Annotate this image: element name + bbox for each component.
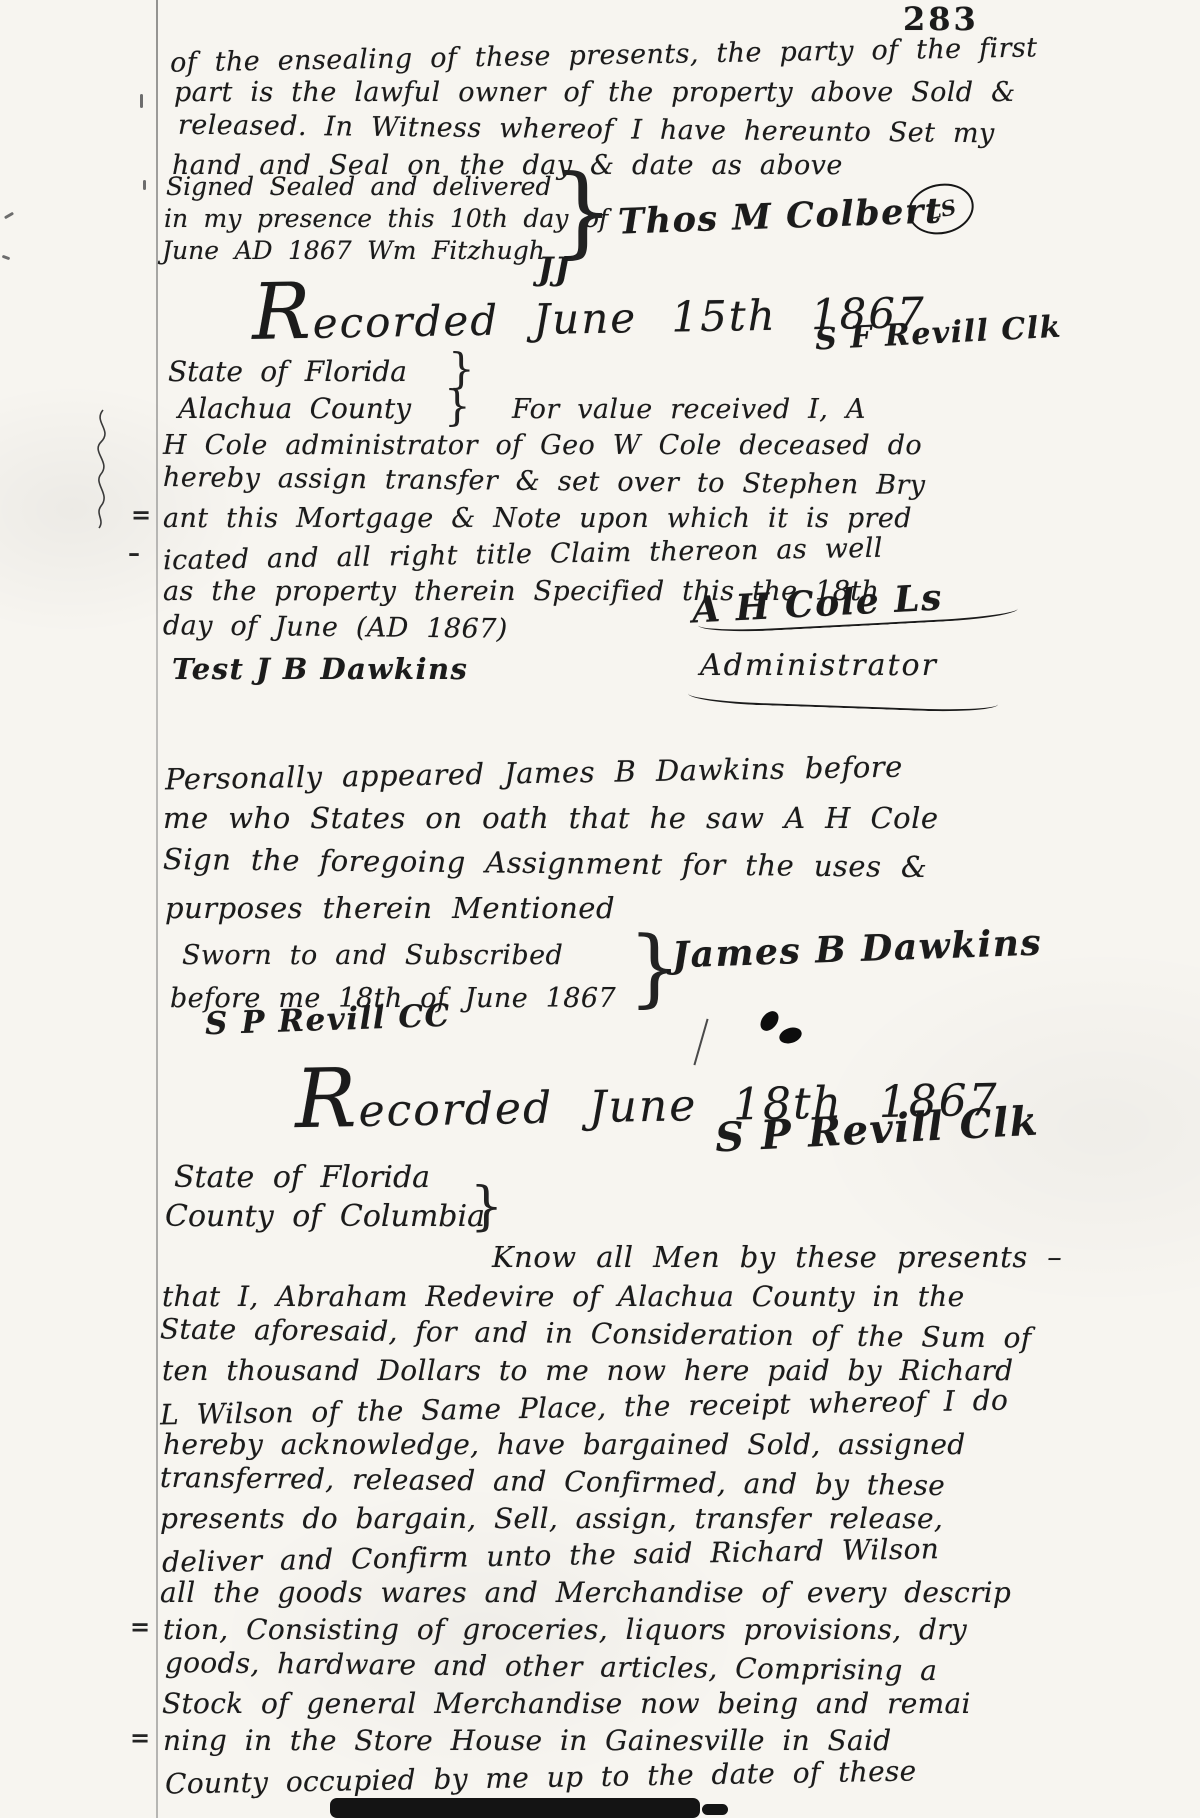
deed-line: Stock of general Merchandise now being a… — [162, 1687, 971, 1720]
margin-squiggle-icon — [88, 408, 116, 530]
margin-mark: = — [130, 1723, 150, 1752]
page-speck — [4, 212, 14, 220]
scanned-deed-record-page: 283 of the ensealing of these presents, … — [0, 0, 1200, 1818]
deed-line: hereby acknowledge, have bargained Sold,… — [163, 1428, 965, 1461]
county-heading: Alachua County — [178, 392, 411, 425]
page-number: 283 — [903, 0, 979, 38]
heading-brace: } — [444, 387, 471, 425]
deed-opening: Know all Men by these presents – — [492, 1240, 1062, 1274]
attestation-line: in my presence this 10th day of — [164, 204, 608, 233]
deed-line: tion, Consisting of groceries, liquors p… — [163, 1613, 967, 1646]
assignment-line: day of June (AD 1867) — [163, 610, 508, 645]
assignment-line: ant this Mortgage & Note upon which it i… — [163, 503, 912, 534]
deed-line: County occupied by me up to the date of … — [165, 1754, 917, 1800]
page-speck — [2, 255, 11, 261]
deed-line: transferred, released and Confirmed, and… — [160, 1461, 945, 1502]
heading-brace: } — [470, 1184, 503, 1231]
deed-line: State aforesaid, for and in Consideratio… — [160, 1312, 1032, 1354]
clerk-signature-cc: S P Revill CC — [204, 998, 451, 1043]
deed-state-heading: State of Florida — [174, 1160, 430, 1195]
continuation-line: of the ensealing of these presents, the … — [170, 32, 1038, 78]
continuation-line: released. In Witness whereof I have here… — [178, 110, 995, 150]
attestation-line: June AD 1867 Wm Fitzhugh — [162, 236, 545, 265]
bottom-smudge — [330, 1798, 700, 1818]
deed-line: deliver and Confirm unto the said Richar… — [162, 1532, 940, 1579]
ink-blot — [757, 1008, 782, 1035]
jurat-line: Personally appeared James B Dawkins befo… — [165, 750, 903, 797]
signature-underline-swash — [688, 685, 998, 714]
assignment-line: icated and all right title Claim thereon… — [163, 533, 883, 577]
state-heading: State of Florida — [168, 355, 407, 388]
bottom-smudge — [702, 1804, 728, 1815]
continuation-line: part is the lawful owner of the property… — [174, 77, 1016, 108]
deed-line: that I, Abraham Redevire of Alachua Coun… — [162, 1280, 964, 1313]
deed-line: goods, hardware and other articles, Comp… — [165, 1646, 938, 1687]
assignment-line: hereby assign transfer & set over to Ste… — [163, 462, 926, 501]
deed-line: all the goods wares and Merchandise of e… — [160, 1576, 1011, 1609]
page-speck — [140, 94, 143, 108]
signature-thos-m-colbert: Thos M Colbert — [617, 190, 943, 242]
attestation-line: Signed Sealed and delivered — [166, 172, 551, 201]
assignment-line: H Cole administrator of Geo W Cole decea… — [163, 430, 922, 461]
deed-line: presents do bargain, Sell, assign, trans… — [160, 1502, 943, 1535]
signature-james-b-dawkins: James B Dawkins — [671, 922, 1042, 977]
margin-mark: = — [130, 1612, 150, 1641]
sworn-line: Sworn to and Subscribed — [182, 940, 563, 971]
signature-title-administrator: Administrator — [700, 648, 938, 683]
deed-line: L Wilson of the Same Place, the receipt … — [160, 1384, 1009, 1432]
attestation-brace: } — [552, 168, 614, 256]
page-speck — [143, 180, 146, 190]
assignment-opening: For value received I, A — [512, 394, 866, 425]
margin-mark: – — [128, 538, 140, 567]
jurat-line: Sign the foregoing Assignment for the us… — [163, 842, 928, 884]
jurat-line: purposes therein Mentioned — [165, 891, 615, 925]
margin-rule-line — [156, 0, 158, 1818]
jurat-line: me who States on oath that he saw A H Co… — [163, 801, 939, 835]
deed-line: ten thousand Dollars to me now here paid… — [162, 1354, 1013, 1387]
margin-mark: = — [131, 500, 151, 529]
attest-line: Test J B Dawkins — [172, 652, 468, 686]
deed-county-heading: County of Columbia — [165, 1199, 485, 1234]
deed-line: ning in the Store House in Gainesville i… — [163, 1724, 891, 1757]
